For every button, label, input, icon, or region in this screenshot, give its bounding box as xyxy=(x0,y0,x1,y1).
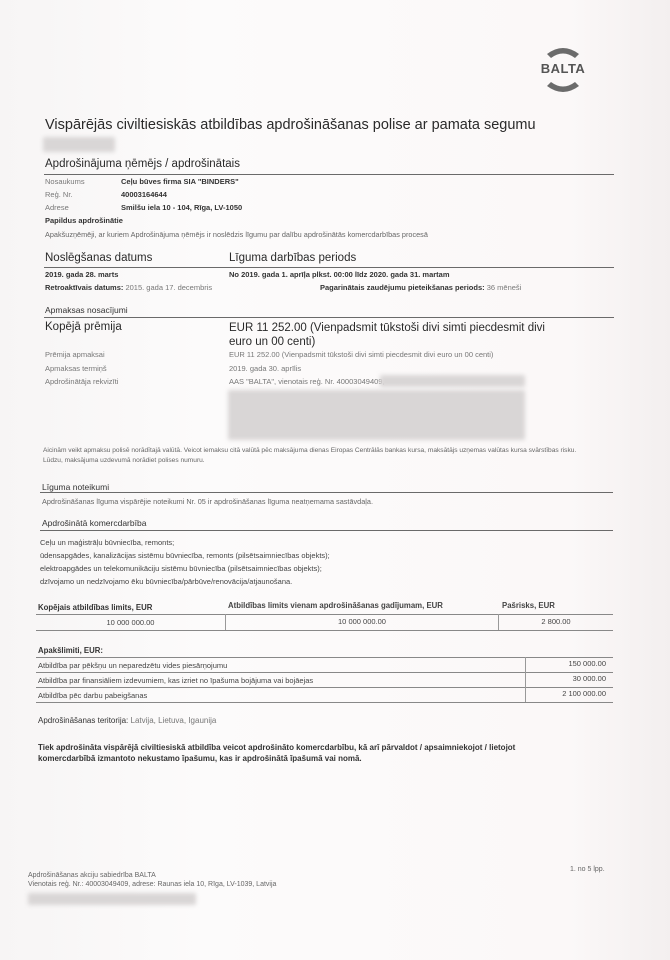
territory: Apdrošināšanas teritorija: Latvija, Liet… xyxy=(38,716,216,725)
terms-text: Apdrošināšanas līguma vispārējie noteiku… xyxy=(42,497,373,506)
limit-per-event-value: 10 000 000.00 xyxy=(226,617,498,626)
insured-name-value: Ceļu būves firma SIA "BINDERS" xyxy=(121,177,239,186)
retroactive-date: Retroaktīvais datums: 2015. gada 17. dec… xyxy=(45,283,212,292)
limit-header-per-event: Atbildības limits vienam apdrošināšanas … xyxy=(228,601,443,610)
business-list: Ceļu un maģistrāļu būvniecība, remonts; … xyxy=(40,536,330,588)
sublimit-label: Atbildība par pēkšņu un neparedzētu vide… xyxy=(38,661,227,670)
insurer-details-value: AAS "BALTA", vienotais reģ. Nr. 40003049… xyxy=(229,377,385,386)
premium-due-label: Prēmija apmaksai xyxy=(45,350,105,359)
conclusion-date-heading: Noslēgšanas datums xyxy=(45,252,152,264)
limit-header-total: Kopējais atbildības limits, EUR xyxy=(38,603,152,612)
insured-address-label: Adrese xyxy=(45,203,69,212)
footer-company: Apdrošināšanas akciju sabiedrība BALTA V… xyxy=(28,871,276,889)
payment-note: Aicinām veikt apmaksu polisē norādītajā … xyxy=(43,446,583,466)
contract-period-heading: Līguma darbības periods xyxy=(229,252,356,264)
document-title: Vispārējās civiltiesiskās atbildības apd… xyxy=(45,117,536,133)
redacted-bank-line xyxy=(380,375,525,387)
additional-insured-text: Apakšuzņēmēji, ar kuriem Apdrošinājuma ņ… xyxy=(45,230,428,239)
contract-period-value: No 2019. gada 1. aprīļa plkst. 00:00 līd… xyxy=(229,270,450,279)
insured-reg-label: Reģ. Nr. xyxy=(45,190,73,199)
insurer-details-label: Apdrošinātāja rekvizīti xyxy=(45,377,118,386)
terms-heading: Līguma noteikumi xyxy=(42,482,109,492)
logo-text: BALTA xyxy=(535,61,591,76)
balta-logo: BALTA xyxy=(535,40,591,100)
business-line: dzīvojamo un nedzīvojamo ēku būvniecība/… xyxy=(40,575,330,588)
payment-term-value: 2019. gada 30. aprīlis xyxy=(229,364,301,373)
policy-page: BALTA Vispārējās civiltiesiskās atbildīb… xyxy=(0,0,670,960)
insured-name-label: Nosaukums xyxy=(45,177,85,186)
redacted-bank-details xyxy=(228,390,525,440)
insured-reg-value: 40003164644 xyxy=(121,190,167,199)
limit-header-deductible: Pašrisks, EUR xyxy=(502,601,555,610)
insured-heading: Apdrošinājuma ņēmējs / apdrošinātais xyxy=(45,158,240,170)
total-premium-value: EUR 11 252.00 (Vienpadsmit tūkstoši divi… xyxy=(229,321,569,349)
sublimit-value: 30 000.00 xyxy=(526,674,606,683)
redacted-policy-number xyxy=(43,137,115,152)
payment-term-label: Apmaksas termiņš xyxy=(45,364,107,373)
business-line: Ceļu un maģistrāļu būvniecība, remonts; xyxy=(40,536,330,549)
business-heading: Apdrošinātā komercdarbība xyxy=(42,518,146,528)
limit-total-value: 10 000 000.00 xyxy=(36,618,225,627)
premium-due-value: EUR 11 252.00 (Vienpadsmit tūkstoši divi… xyxy=(229,350,493,359)
sublimits-heading: Apakšlimiti, EUR: xyxy=(38,646,103,655)
sublimit-value: 2 100 000.00 xyxy=(526,689,606,698)
coverage-note: Tiek apdrošināta vispārējā civiltiesiskā… xyxy=(38,742,558,764)
sublimit-label: Atbildība par finansiāliem izdevumiem, k… xyxy=(38,676,313,685)
payment-heading: Apmaksas nosacījumi xyxy=(45,305,128,315)
additional-insured-heading: Papildus apdrošinātie xyxy=(45,216,123,225)
conclusion-date-value: 2019. gada 28. marts xyxy=(45,270,118,279)
extended-reporting-period: Pagarinātais zaudējumu pieteikšanas peri… xyxy=(320,283,521,292)
sublimit-label: Atbildība pēc darbu pabeigšanas xyxy=(38,691,147,700)
sublimit-value: 150 000.00 xyxy=(526,659,606,668)
redacted-footer-line xyxy=(28,893,196,905)
business-line: ūdensapgādes, kanalizācijas sistēmu būvn… xyxy=(40,549,330,562)
insured-address-value: Smilšu iela 10 - 104, Rīga, LV-1050 xyxy=(121,203,242,212)
total-premium-label: Kopējā prēmija xyxy=(45,321,122,333)
deductible-value: 2 800.00 xyxy=(499,617,613,626)
page-number: 1. no 5 lpp. xyxy=(570,866,605,873)
business-line: elektroapgādes un telekomunikāciju sistē… xyxy=(40,562,330,575)
